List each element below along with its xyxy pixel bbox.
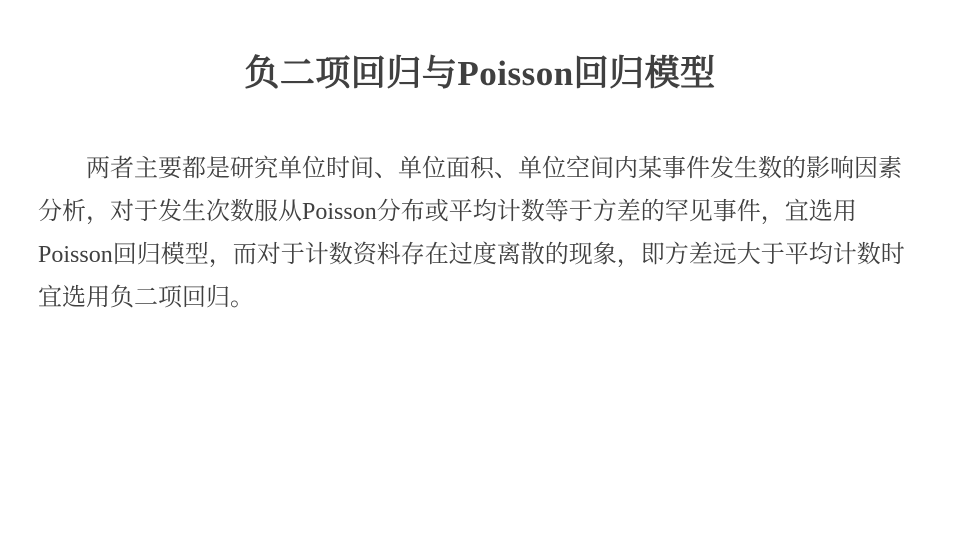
body-line-4: 宜选用负二项回归。 xyxy=(38,277,920,320)
body-paragraph: 两者主要都是研究单位时间、单位面积、单位空间内某事件发生数的影响因素 分析，对于… xyxy=(38,148,920,320)
body-line-1: 两者主要都是研究单位时间、单位面积、单位空间内某事件发生数的影响因素 xyxy=(38,148,920,191)
presentation-slide: 负二项回归与Poisson回归模型 两者主要都是研究单位时间、单位面积、单位空间… xyxy=(0,0,960,540)
slide-title: 负二项回归与Poisson回归模型 xyxy=(0,52,960,96)
body-line-2: 分析，对于发生次数服从Poisson分布或平均计数等于方差的罕见事件，宜选用 xyxy=(38,191,920,234)
body-line-3: Poisson回归模型，而对于计数资料存在过度离散的现象，即方差远大于平均计数时 xyxy=(38,234,920,277)
